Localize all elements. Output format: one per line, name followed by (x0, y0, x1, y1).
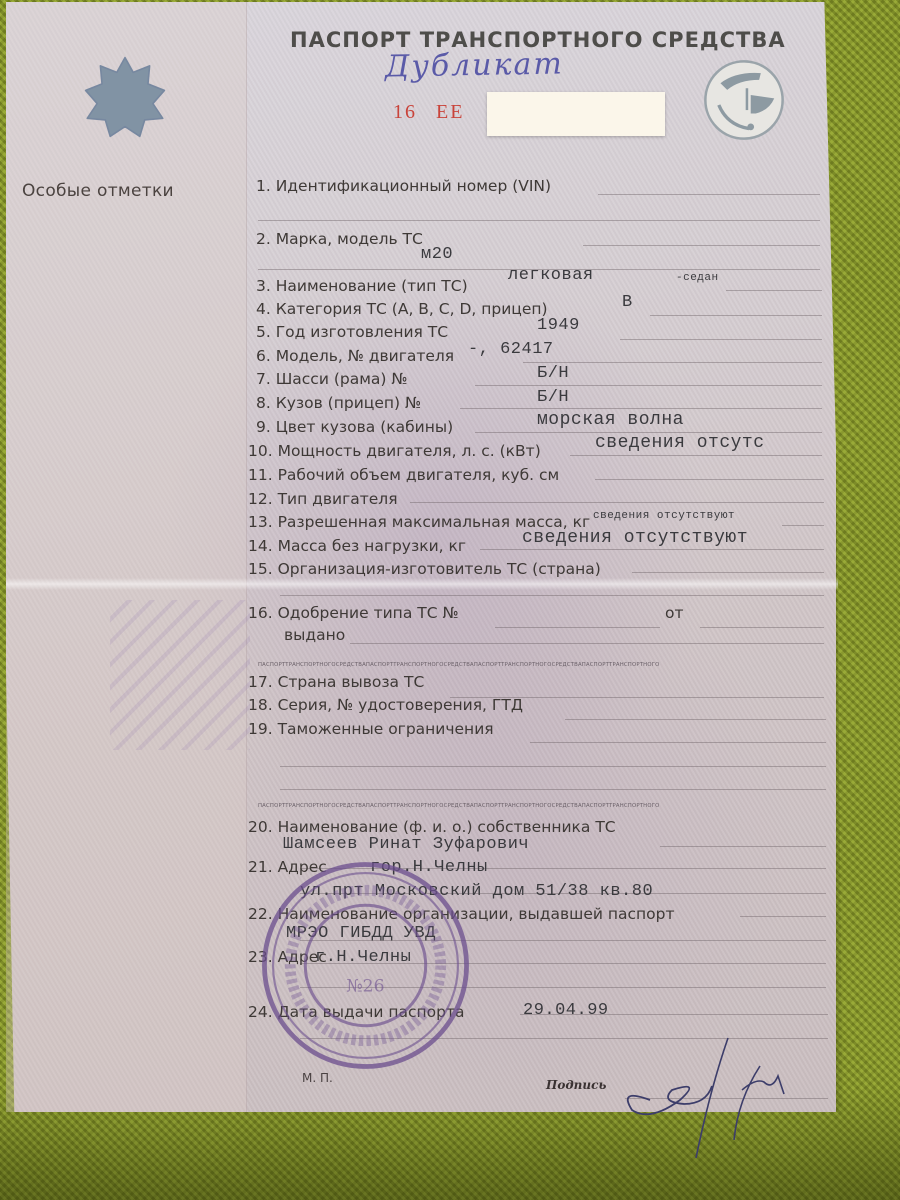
field-extra-3: -седан (676, 272, 719, 284)
form-rule-line (480, 549, 824, 550)
form-rule-line (410, 502, 824, 503)
redaction-sticker (487, 92, 665, 136)
faded-ink-marks (110, 600, 250, 750)
form-rule-line (726, 290, 822, 291)
field-label-4: 4. Категория ТС (A, B, C, D, прицеп) (256, 300, 548, 318)
field-label-11: 11. Рабочий объем двигателя, куб. см (248, 466, 559, 484)
field-value-3: легковая (508, 266, 594, 285)
field-value-20: Шамсеев Ринат Зуфарович (283, 835, 529, 854)
microtext-line: ПАСПОРТТРАНСПОРТНОГОСРЕДСТВАПАСПОРТТРАНС… (258, 662, 823, 668)
form-rule-line (258, 220, 820, 221)
svg-text:№26: №26 (346, 976, 384, 996)
field-label-14: 14. Масса без нагрузки, кг (248, 537, 466, 555)
field-label-8: 8. Кузов (прицеп) № (256, 394, 421, 412)
form-rule-line (523, 362, 822, 363)
field-label-20: 20. Наименование (ф. и. о.) собственника… (248, 818, 616, 836)
form-rule-line (280, 595, 824, 596)
special-marks-panel (6, 2, 247, 1112)
field-value-9: морская волна (537, 410, 684, 430)
form-rule-line (565, 719, 826, 720)
paper-fold (6, 578, 838, 590)
field-label-10: 10. Мощность двигателя, л. с. (кВт) (248, 442, 541, 460)
field-label-5: 5. Год изготовления ТС (256, 323, 448, 341)
form-rule-line (280, 789, 826, 790)
serial-number: 16 ЕЕ (393, 101, 464, 124)
form-rule-line (350, 643, 824, 644)
field-value-13: сведения отсутствуют (593, 510, 735, 522)
field-value-7: Б/Н (537, 364, 569, 383)
field-value-5: 1949 (537, 316, 580, 335)
field-label-7: 7. Шасси (рама) № (256, 370, 408, 388)
stamp-place-label: М. П. (302, 1071, 333, 1085)
field-value-6: -, 62417 (468, 340, 554, 359)
form-rule-line (660, 846, 826, 847)
form-rule-line (700, 627, 824, 628)
form-rule-line (280, 766, 826, 767)
form-rule-line (530, 742, 826, 743)
field-value-14: сведения отсутствуют (522, 528, 748, 548)
field-label-9: 9. Цвет кузова (кабины) (256, 418, 453, 436)
form-rule-line (595, 479, 824, 480)
field-label-19: 19. Таможенные ограничения (248, 720, 494, 738)
field-value-2: м20 (421, 245, 453, 264)
form-rule-line (650, 315, 822, 316)
special-marks-heading: Особые отметки (22, 181, 174, 201)
form-rule-line (598, 194, 820, 195)
pts-emblem-icon (702, 58, 786, 142)
field-label-12: 12. Тип двигателя (248, 490, 398, 508)
signature-label: Подпись (546, 1078, 606, 1092)
field-label-16: 16. Одобрение типа ТС № (248, 604, 459, 622)
field-label-3: 3. Наименование (тип ТС) (256, 277, 468, 295)
field-value-24: 29.04.99 (523, 1001, 609, 1020)
form-rule-line (632, 572, 824, 573)
form-rule-line (740, 916, 826, 917)
form-rule-line (570, 455, 822, 456)
signature-icon (610, 1030, 795, 1160)
field-value-4: В (622, 293, 633, 312)
field-value-8: Б/Н (537, 388, 569, 407)
field-label-1: 1. Идентификационный номер (VIN) (256, 177, 551, 195)
form-rule-line (583, 245, 820, 246)
approval-issued-label: выдано (284, 626, 345, 644)
approval-from-label: от (665, 604, 684, 622)
field-label-15: 15. Организация-изготовитель ТС (страна) (248, 560, 601, 578)
field-label-2: 2. Марка, модель ТС (256, 230, 423, 248)
form-rule-line (620, 339, 822, 340)
form-rule-line (460, 408, 822, 409)
security-rosette-icon (84, 56, 166, 138)
microtext-line: ПАСПОРТТРАНСПОРТНОГОСРЕДСТВАПАСПОРТТРАНС… (258, 803, 823, 809)
form-rule-line (495, 627, 660, 628)
official-stamp-icon: №26 (258, 858, 473, 1073)
field-label-17: 17. Страна вывоза ТС (248, 673, 424, 691)
field-label-18: 18. Серия, № удостоверения, ГТД (248, 696, 523, 714)
duplicate-handwritten-mark: Дубликат (385, 46, 564, 84)
field-value-10: сведения отсутс (595, 433, 765, 453)
field-label-6: 6. Модель, № двигателя (256, 347, 454, 365)
form-rule-line (782, 525, 824, 526)
form-rule-line (475, 385, 822, 386)
